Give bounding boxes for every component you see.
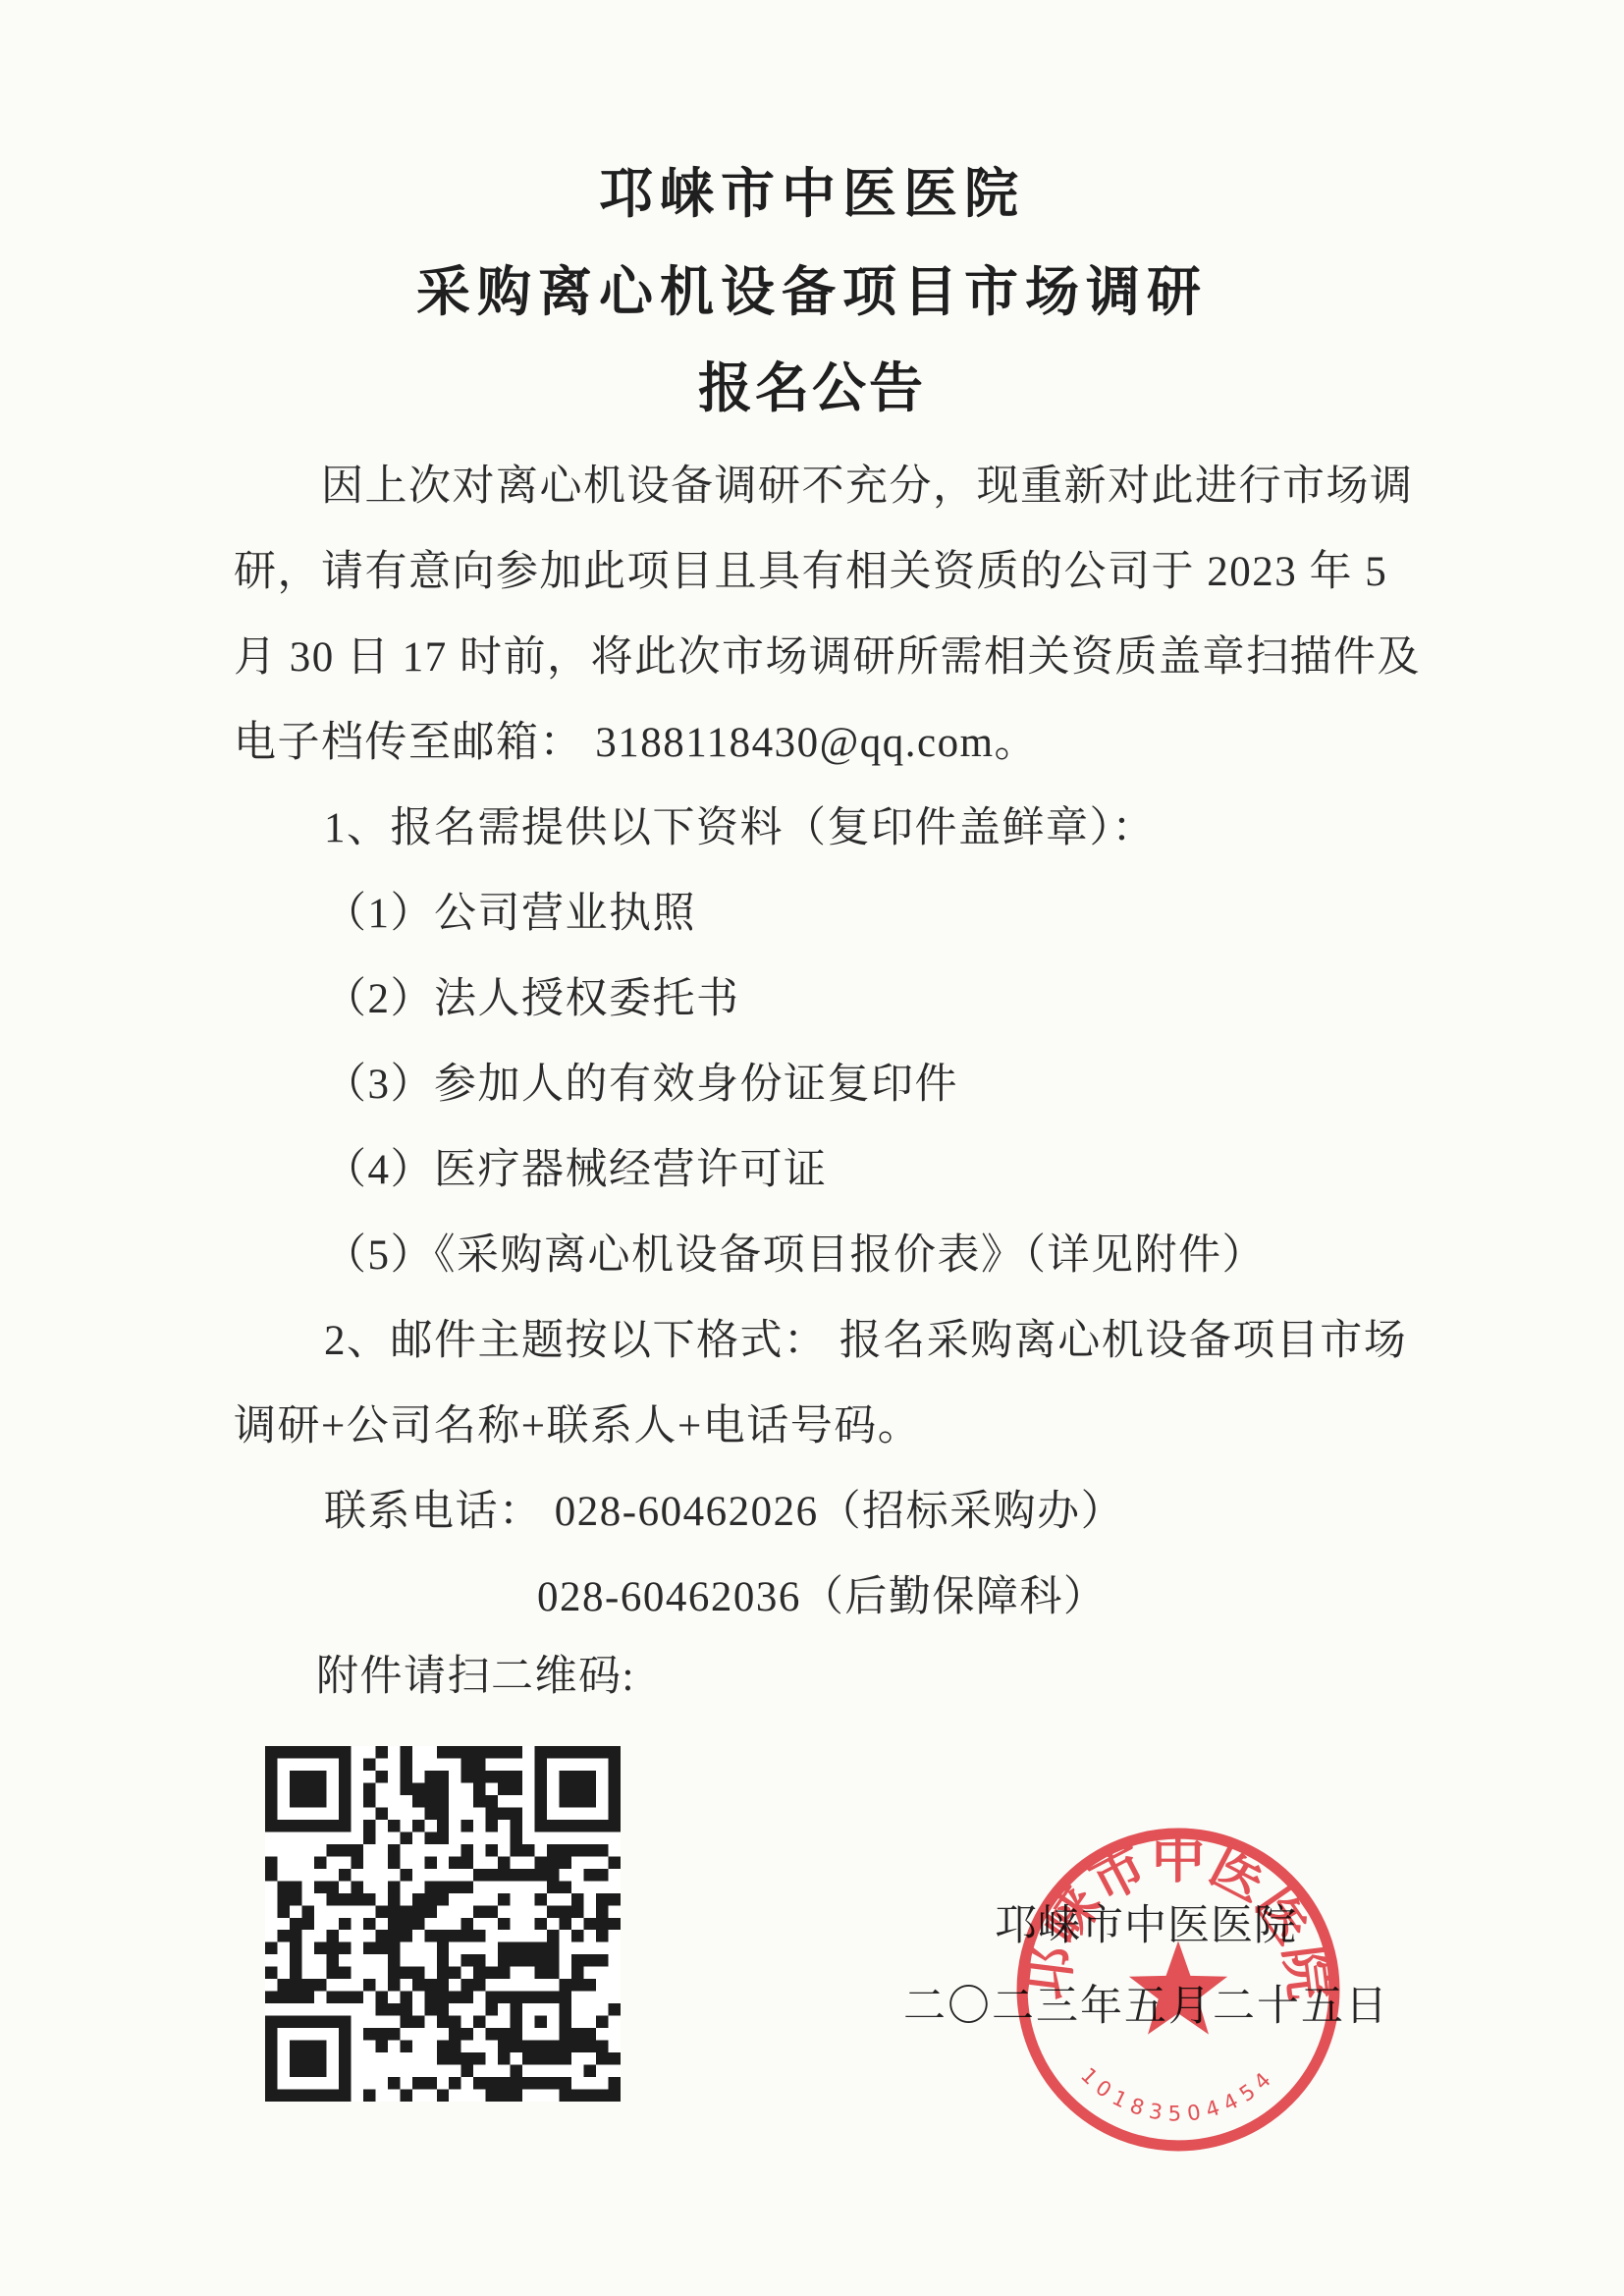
list-item-1-5: （5）《采购离心机设备项目报价表》（详见附件）	[324, 1230, 1266, 1282]
qr-caption: 附件请扫二维码:	[316, 1652, 635, 1703]
list-item-2-header: 2、邮件主题按以下格式： 报名采购离心机设备项目市场	[324, 1316, 1407, 1367]
announcement-title: 报名公告	[0, 357, 1624, 419]
list-item-1-3: （3）参加人的有效身份证复印件	[324, 1060, 958, 1111]
project-title: 采购离心机设备项目市场调研	[0, 261, 1624, 323]
hospital-name-title: 邛崃市中医医院	[0, 163, 1624, 225]
contact-phone-line-1: 联系电话： 028-60462026（招标采购办）	[324, 1487, 1124, 1538]
list-item-1-header: 1、报名需提供以下资料（复印件盖鲜章）：	[324, 803, 1156, 854]
body-line-2: 研，请有意向参加此项目且具有相关资质的公司于 2023 年 5	[234, 547, 1387, 598]
list-item-2-cont: 调研+公司名称+联系人+电话号码。	[234, 1401, 921, 1452]
official-red-seal: 邛崃市中医医院 5101835044545	[1014, 1826, 1342, 2154]
scanned-announcement-page: 邛崃市中医医院 采购离心机设备项目市场调研 报名公告 因上次对离心机设备调研不充…	[0, 0, 1624, 2296]
seal-star-icon	[1129, 1941, 1227, 2034]
list-item-1-4: （4）医疗器械经营许可证	[324, 1145, 828, 1196]
list-item-1-1: （1）公司营业执照	[324, 889, 696, 940]
body-line-1: 因上次对离心机设备调研不充分，现重新对此进行市场调	[321, 462, 1414, 513]
body-line-3: 月 30 日 17 时前，将此次市场调研所需相关资质盖章扫描件及	[234, 632, 1421, 683]
attachment-qr-code	[265, 1746, 621, 2102]
body-line-email: 电子档传至邮箱： 3188118430@qq.com。	[234, 718, 1038, 769]
list-item-1-2: （2）法人授权委托书	[324, 974, 740, 1025]
contact-phone-line-2: 028-60462036（后勤保障科）	[537, 1572, 1107, 1623]
